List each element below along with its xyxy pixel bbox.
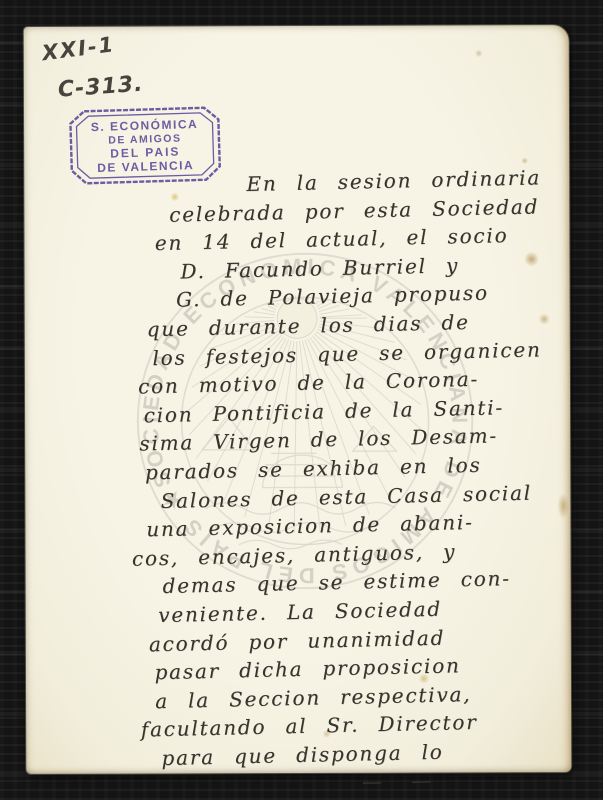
stamp-line-1: S. ECONÓMICA <box>91 116 199 134</box>
manuscript-line: — — <box>362 763 572 796</box>
scanned-document-page: XXI-1 C-313. S. ECONÓMICA DE AMIGOS DEL … <box>0 0 603 800</box>
archival-mark-code: C-313. <box>57 72 144 103</box>
archival-mark-classification: XXI-1 <box>41 32 117 65</box>
manuscript-paper: XXI-1 C-313. S. ECONÓMICA DE AMIGOS DEL … <box>24 25 572 774</box>
manuscript-text: En la sesion ordinaria celebrada por est… <box>18 163 571 800</box>
age-spot <box>475 49 483 57</box>
